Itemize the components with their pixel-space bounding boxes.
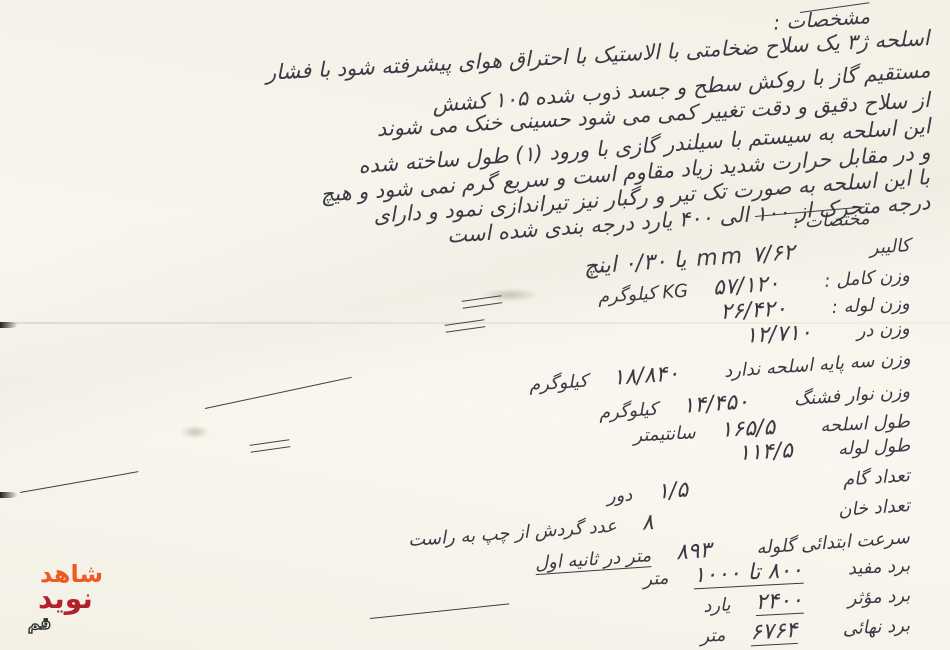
- ink-smudge: [180, 425, 210, 439]
- spec-label: وزن لوله :: [832, 293, 911, 318]
- binder-hole-mark: [0, 322, 18, 328]
- spec-unit: متر: [700, 625, 726, 647]
- spec-value: ۱۲/۷۱۰: [745, 320, 813, 348]
- spec-value: ۸: [641, 510, 655, 536]
- spec-unit: یارد: [703, 594, 731, 616]
- spec-value: ۱/۵: [657, 478, 690, 505]
- spec-value: ۱۱۴/۵: [737, 438, 793, 466]
- spec-value: ۸۹۳: [675, 538, 712, 565]
- spec-label: وزن در: [857, 318, 911, 342]
- spec-label: تعداد گام: [842, 465, 910, 491]
- spec-unit: متر: [643, 568, 669, 590]
- spec-label: طول لوله: [837, 435, 910, 460]
- logo-text-navid: نوید: [38, 582, 93, 615]
- spec-label: برد مؤثر: [847, 585, 911, 609]
- spec-value: ۲۴۰۰: [755, 588, 804, 616]
- spec-value: ۶۷۶۴: [750, 618, 799, 646]
- logo-text-city: قم: [28, 614, 51, 633]
- spec-label: برد مفید: [847, 555, 910, 579]
- spec-value: ۱۸/۸۴۰: [611, 361, 679, 391]
- spec-unit: دور: [606, 484, 633, 507]
- spec-unit: کیلوگرم: [528, 371, 588, 396]
- spec-value: ۲۶/۴۲۰: [720, 296, 788, 324]
- spec-label: کالیبر: [869, 235, 911, 259]
- spec-value: ۱۴/۴۵۰: [682, 389, 750, 419]
- navid-shahed-qom-logo: شاهد نوید قم: [26, 558, 116, 638]
- spec-unit: کیلوگرم: [598, 399, 658, 424]
- spec-label: تعداد خان: [838, 495, 911, 521]
- spec-unit: سانتیمتر: [633, 422, 696, 446]
- binder-hole-mark: [0, 492, 18, 498]
- spec-label: برد نهائی: [842, 615, 910, 640]
